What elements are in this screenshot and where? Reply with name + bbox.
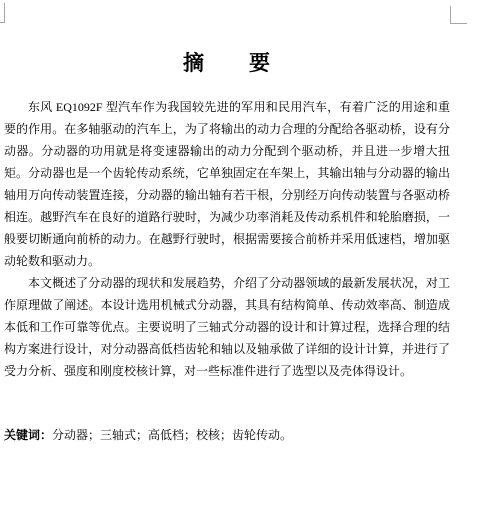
document-page: 摘 要 东风 EQ1092F 型汽车作为我国较先进的军用和民用汽车，有着广泛的用… <box>0 0 488 523</box>
abstract-title: 摘 要 <box>4 49 450 78</box>
keywords-text: 分动器；三轴式；高低档；校核；齿轮传动。 <box>52 428 292 442</box>
text-area: 摘 要 东风 EQ1092F 型汽车作为我国较先进的军用和民用汽车，有着广泛的用… <box>4 23 450 446</box>
margin-crop-mark-top-right <box>450 6 467 24</box>
abstract-paragraph-2: 本文概述了分动器的现状和发展趋势，介绍了分动器领域的最新发展状况，对工作原理做了… <box>4 272 450 382</box>
abstract-paragraph-1: 东风 EQ1092F 型汽车作为我国较先进的军用和民用汽车，有着广泛的用途和重要… <box>4 96 450 272</box>
margin-crop-mark-top-left <box>0 3 5 23</box>
keywords-label: 关键词： <box>4 428 52 442</box>
keywords-line: 关键词：分动器；三轴式；高低档；校核；齿轮传动。 <box>4 424 450 446</box>
